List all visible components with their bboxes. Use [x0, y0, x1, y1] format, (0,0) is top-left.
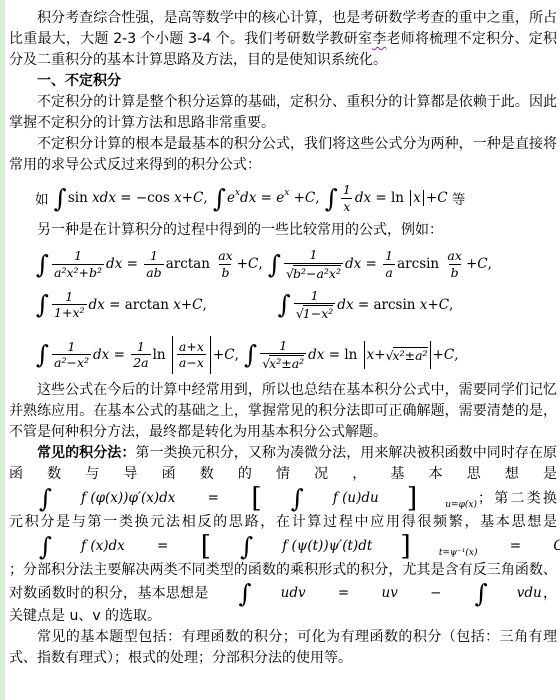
math-text: , [258, 256, 267, 272]
math-text: , [203, 190, 212, 206]
math-text: + [182, 190, 193, 206]
math-text: = [122, 256, 142, 272]
math-variable: e [227, 190, 235, 206]
math-text: = [109, 347, 129, 363]
math-variable: C [444, 347, 454, 363]
integral-sign: ∫ [54, 186, 67, 211]
document-page: 积分考查综合性强，是高等数学中的核心计算，也是考研数学考查的重中之重，所占比重最… [5, 0, 560, 669]
cjk-text: 如 [35, 188, 53, 208]
math-variable: C [224, 347, 234, 363]
fraction: 1√x²±a² [260, 338, 306, 372]
integral-sign: ∫ [212, 534, 253, 559]
fraction: 11+x² [52, 289, 87, 321]
math-text: = [361, 256, 381, 272]
abs-bar [430, 341, 431, 369]
fraction: axb [216, 248, 235, 280]
math-variable: x [367, 347, 375, 363]
paragraph-formula-kinds: 不定积分计算的根本是最基本的积分公式，我们将这些公式分为两种，一种是直接将常用的… [9, 134, 557, 176]
fraction: 1a [383, 248, 395, 280]
math-text: = arcsin [354, 297, 420, 313]
integral-sign: ∫ [211, 581, 252, 606]
integral-sign: ∫ [213, 186, 226, 211]
math-text: + [237, 256, 248, 272]
abs-bar [364, 341, 365, 369]
paragraph-second-kind: 另一种是在计算积分的过程中得到的一些比较常用的公式，例如： [9, 220, 557, 241]
math-variable: G [525, 536, 560, 557]
right-bracket: ] [372, 533, 411, 560]
integral-sign: ∫ [447, 581, 488, 606]
inline-formula-parts: ∫udv = uv − ∫vdu [210, 581, 542, 606]
math-variable: f (φ(x))φ′(x)dx [53, 488, 175, 509]
math-variable: C [193, 190, 203, 206]
cjk-text: 等 [448, 188, 466, 208]
fraction: 1a²x²+b² [52, 248, 104, 280]
math-text: = −cos [116, 190, 174, 206]
math-text: + [426, 190, 437, 206]
math-variable: C [437, 190, 447, 206]
math-text: , [315, 190, 324, 206]
paragraph-methods: 常见的积分法：第一类换元积分，又称为凑微分法，用来解决被积函数中同时存在原函数与… [9, 443, 557, 627]
integral-sign: ∫ [263, 486, 304, 511]
fraction: a+xa−x [177, 339, 206, 371]
math-text: = [306, 583, 354, 604]
square-root: √x²±a² [386, 346, 428, 363]
math-variable: dx [337, 297, 353, 313]
green-strip [0, 0, 5, 700]
math-variable: xdx [92, 190, 116, 206]
fraction: 1ab [144, 248, 163, 280]
math-variable: C [305, 190, 315, 206]
fraction: 12a [131, 339, 150, 371]
right-bracket: ] [379, 485, 418, 512]
math-text: − [398, 583, 446, 604]
math-text: + [213, 347, 224, 363]
integral-sign: ∫ [36, 252, 49, 277]
math-text: arctan [166, 256, 215, 272]
math-variable: C [439, 297, 449, 313]
superscript: x [235, 188, 240, 198]
abs-bar [410, 190, 411, 206]
math-variable: udv [253, 583, 306, 604]
integral-sign: ∫ [36, 342, 49, 367]
math-text: = [256, 190, 276, 206]
abs-bar [172, 336, 173, 374]
integral-sign: ∫ [268, 252, 281, 277]
math-text: + [433, 347, 444, 363]
math-text: , [235, 347, 244, 363]
integral-sign: ∫ [244, 342, 257, 367]
math-variable: C [248, 256, 258, 272]
math-variable: x [413, 190, 421, 206]
bold-text-run: 常见的积分法： [37, 445, 135, 461]
math-text: = [175, 488, 223, 509]
subscript: t=ψ⁻¹(x) [411, 543, 478, 564]
left-bracket: [ [173, 533, 212, 560]
integral-sign: ∫ [278, 292, 291, 317]
formula-arctan-arcsin-basic: ∫11+x²dx = arctan x+C,∫1√1−x²dx = arcsin… [35, 288, 557, 322]
math-variable: dx [345, 256, 361, 272]
math-variable: dx [106, 256, 122, 272]
math-text: , [454, 347, 458, 363]
math-variable: vdu [489, 583, 542, 604]
math-text: = ln [324, 347, 361, 363]
math-variable: dx [240, 190, 256, 206]
math-variable: f (u)du [305, 488, 379, 509]
inline-formula-substitution2: ∫f (x)dx = [∫f (ψ(t))ψ′(t)dt]t=ψ⁻¹(x) = … [10, 533, 560, 560]
inline-formula-substitution1: ∫f (φ(x))φ′(x)dx = [∫f (u)du]u=φ(x) [10, 485, 477, 512]
integral-sign: ∫ [11, 486, 52, 511]
math-variable: dx [93, 347, 109, 363]
formula-log-forms: ∫1a²−x²dx = 12aln a+xa−x+C, ∫1√x²±a²dx =… [35, 336, 557, 374]
math-text: , [203, 297, 207, 313]
math-text: = arctan [105, 297, 173, 313]
fraction: 1√1−x² [294, 288, 335, 322]
math-variable: f (ψ(t))ψ′(t)dt [254, 536, 372, 557]
math-variable: e [276, 190, 284, 206]
superscript: x [284, 188, 289, 198]
integral-sign: ∫ [36, 292, 49, 317]
left-bracket: [ [223, 485, 262, 512]
math-text: + [466, 256, 477, 272]
abs-bar [423, 190, 424, 206]
intro-paragraph: 积分考查综合性强，是高等数学中的核心计算，也是考研数学考查的重中之重，所占比重最… [9, 8, 557, 71]
abs-bar [210, 336, 211, 374]
math-text: , [449, 297, 453, 313]
fraction: 1x [341, 182, 353, 214]
integral-sign: ∫ [11, 534, 52, 559]
paragraph-foundation: 不定积分的计算是整个积分运算的基础，定积分、重积分的计算都是依赖于此。因此掌握不… [9, 92, 557, 134]
math-text: + [181, 297, 192, 313]
math-variable: x [420, 297, 428, 313]
math-text: sin [68, 190, 92, 206]
paragraph-problem-types: 常见的基本题型包括：有理函数的积分；可化为有理函数的积分（包括：三角有理式、指数… [9, 627, 557, 669]
math-text: = [125, 536, 173, 557]
math-variable: C [192, 297, 202, 313]
math-text: = [477, 536, 525, 557]
math-text: ln [153, 347, 170, 363]
fraction: 1√b²−a²x² [284, 247, 343, 281]
math-variable: x [174, 190, 182, 206]
paragraph-memorize: 这些公式在今后的计算中经常用到，所以也总结在基本积分公式中，需要同学们记忆并熟练… [9, 380, 557, 443]
fraction: 1a²−x² [52, 339, 91, 371]
math-variable: x [173, 297, 181, 313]
section-heading: 一、不定积分 [9, 71, 557, 92]
math-text: + [427, 297, 438, 313]
math-variable: uv [354, 583, 398, 604]
math-text: + [289, 190, 305, 206]
math-variable: dx [89, 297, 105, 313]
math-text: = ln [371, 190, 408, 206]
integral-sign: ∫ [325, 186, 338, 211]
formula-basic-examples: 如 ∫sin xdx = −cos x+C, ∫exdx = ex +C, ∫1… [35, 182, 557, 214]
math-variable: C [477, 256, 487, 272]
squiggle-text-run: 李 [372, 31, 386, 47]
math-text: arcsin [397, 256, 443, 272]
math-variable: dx [308, 347, 324, 363]
math-variable: f (x)dx [53, 536, 125, 557]
math-variable: dx [355, 190, 371, 206]
fraction: axb [445, 248, 464, 280]
formula-arctan-arcsin-general: ∫1a²x²+b²dx = 1abarctan axb+C, ∫1√b²−a²x… [35, 247, 557, 281]
subscript: u=φ(x) [417, 495, 477, 516]
math-text: + [374, 347, 385, 363]
math-text: , [488, 256, 492, 272]
